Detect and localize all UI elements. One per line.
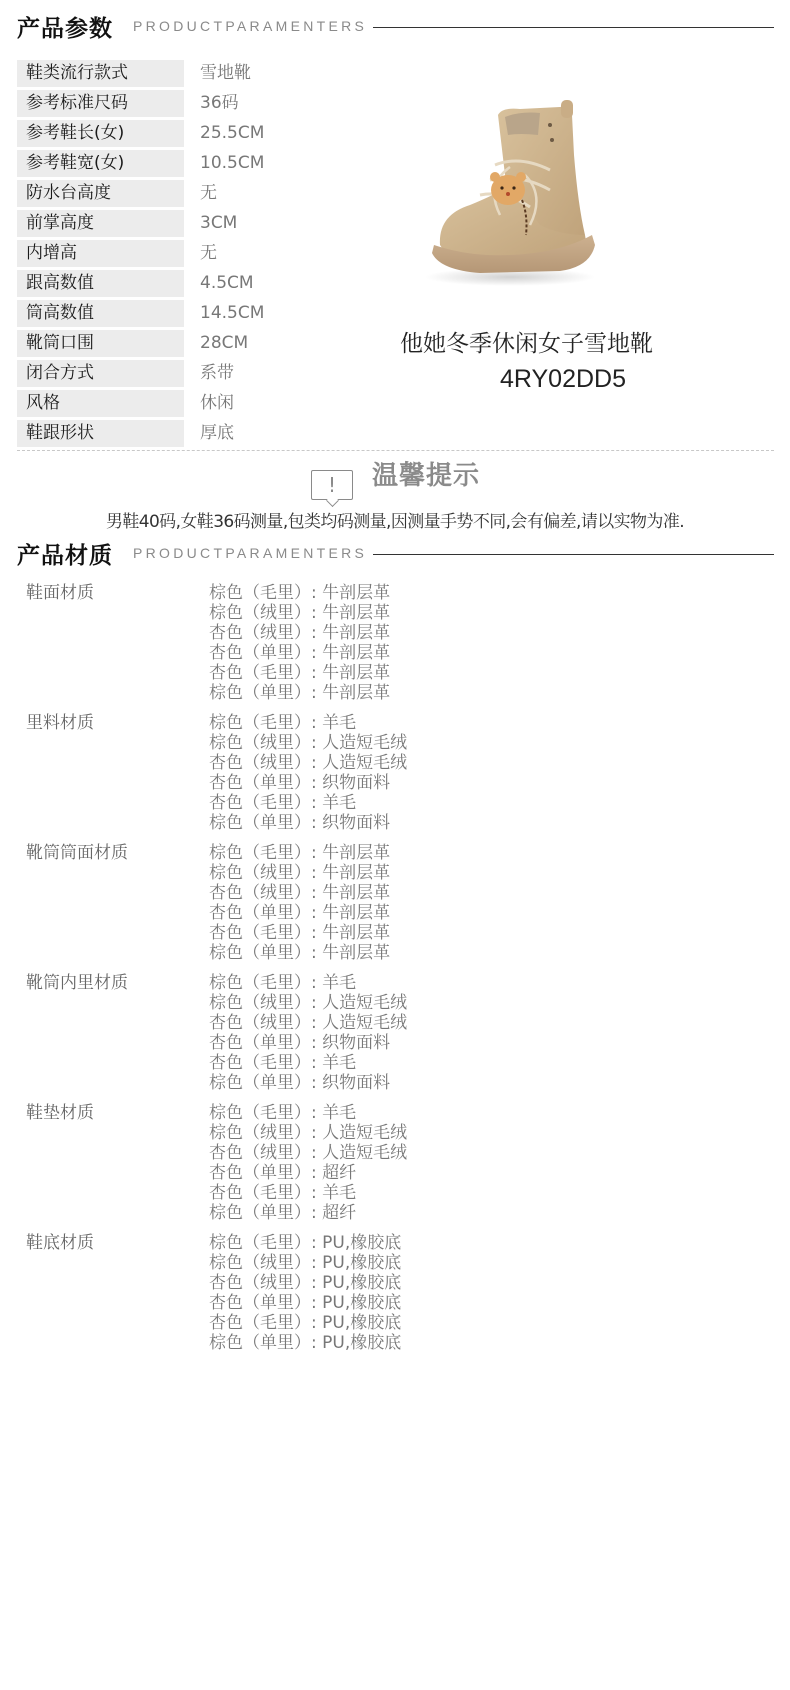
material-label: 里料材质: [26, 713, 209, 833]
material-group: 靴筒筒面材质 棕色（毛里）: 牛剖层革 棕色（绒里）: 牛剖层革 杏色（绒里）:…: [26, 843, 726, 963]
params-row: 前掌高度3CM: [17, 210, 317, 237]
param-label: 鞋跟形状: [17, 420, 184, 447]
param-label: 靴筒口围: [17, 330, 184, 357]
params-row: 风格休闲: [17, 390, 317, 417]
param-label: 鞋类流行款式: [17, 60, 184, 87]
param-label: 参考标准尺码: [17, 90, 184, 117]
material-line: 杏色（绒里）: 牛剖层革: [209, 883, 390, 903]
material-line: 棕色（绒里）: 牛剖层革: [209, 863, 390, 883]
material-line: 棕色（毛里）: 牛剖层革: [209, 583, 390, 603]
material-line: 棕色（绒里）: 人造短毛绒: [209, 993, 407, 1013]
material-line: 棕色（单里）: 织物面料: [209, 1073, 407, 1093]
material-line: 杏色（单里）: 织物面料: [209, 773, 407, 793]
material-label: 靴筒筒面材质: [26, 843, 209, 963]
param-value: 25.5CM: [200, 120, 264, 147]
dashed-divider: [17, 450, 774, 451]
material-label: 鞋垫材质: [26, 1103, 209, 1223]
params-row: 鞋类流行款式雪地靴: [17, 60, 317, 87]
material-line: 杏色（单里）: 超纤: [209, 1163, 407, 1183]
params-section-rule: [373, 27, 774, 28]
param-label: 参考鞋宽(女): [17, 150, 184, 177]
params-section-header: 产品参数 PRODUCTPARAMENTERS: [17, 6, 774, 46]
param-value: 休闲: [200, 390, 234, 417]
product-image: [410, 95, 610, 295]
params-table: 鞋类流行款式雪地靴 参考标准尺码36码 参考鞋长(女)25.5CM 参考鞋宽(女…: [17, 60, 317, 450]
params-row: 鞋跟形状厚底: [17, 420, 317, 447]
material-label: 靴筒内里材质: [26, 973, 209, 1093]
material-line: 杏色（绒里）: 人造短毛绒: [209, 753, 407, 773]
material-line: 棕色（绒里）: 人造短毛绒: [209, 733, 407, 753]
materials-section-rule: [373, 554, 774, 555]
params-section-subtitle: PRODUCTPARAMENTERS: [133, 18, 367, 34]
params-row: 筒高数值14.5CM: [17, 300, 317, 327]
params-row: 内增高无: [17, 240, 317, 267]
params-section-title: 产品参数: [17, 10, 113, 43]
material-values: 棕色（毛里）: 羊毛 棕色（绒里）: 人造短毛绒 杏色（绒里）: 人造短毛绒 杏…: [209, 713, 407, 833]
param-value: 14.5CM: [200, 300, 264, 327]
material-label: 鞋底材质: [26, 1233, 209, 1353]
params-row: 防水台高度无: [17, 180, 317, 207]
material-line: 杏色（毛里）: PU,橡胶底: [209, 1313, 401, 1333]
param-label: 参考鞋长(女): [17, 120, 184, 147]
param-value: 28CM: [200, 330, 248, 357]
material-line: 杏色（绒里）: PU,橡胶底: [209, 1273, 401, 1293]
param-value: 无: [200, 240, 217, 267]
material-values: 棕色（毛里）: 牛剖层革 棕色（绒里）: 牛剖层革 杏色（绒里）: 牛剖层革 杏…: [209, 843, 390, 963]
params-row: 闭合方式系带: [17, 360, 317, 387]
material-line: 杏色（绒里）: 人造短毛绒: [209, 1013, 407, 1033]
params-row: 参考鞋长(女)25.5CM: [17, 120, 317, 147]
material-line: 棕色（绒里）: PU,橡胶底: [209, 1253, 401, 1273]
material-group: 里料材质 棕色（毛里）: 羊毛 棕色（绒里）: 人造短毛绒 杏色（绒里）: 人造…: [26, 713, 726, 833]
materials-section-subtitle: PRODUCTPARAMENTERS: [133, 545, 367, 561]
material-line: 棕色（单里）: 牛剖层革: [209, 943, 390, 963]
material-values: 棕色（毛里）: 牛剖层革 棕色（绒里）: 牛剖层革 杏色（绒里）: 牛剖层革 杏…: [209, 583, 390, 703]
param-value: 无: [200, 180, 217, 207]
params-row: 参考标准尺码36码: [17, 90, 317, 117]
material-line: 杏色（单里）: PU,橡胶底: [209, 1293, 401, 1313]
materials-section-title: 产品材质: [17, 537, 113, 570]
material-label: 鞋面材质: [26, 583, 209, 703]
material-line: 棕色（单里）: 牛剖层革: [209, 683, 390, 703]
material-line: 棕色（毛里）: 羊毛: [209, 713, 407, 733]
material-line: 杏色（毛里）: 牛剖层革: [209, 923, 390, 943]
material-group: 鞋垫材质 棕色（毛里）: 羊毛 棕色（绒里）: 人造短毛绒 杏色（绒里）: 人造…: [26, 1103, 726, 1223]
param-value: 厚底: [200, 420, 234, 447]
material-values: 棕色（毛里）: 羊毛 棕色（绒里）: 人造短毛绒 杏色（绒里）: 人造短毛绒 杏…: [209, 973, 407, 1093]
tip-text: 男鞋40码,女鞋36码测量,包类均码测量,因测量手势不同,会有偏差,请以实物为准…: [0, 507, 790, 532]
boot-illustration: [410, 95, 610, 295]
material-values: 棕色（毛里）: 羊毛 棕色（绒里）: 人造短毛绒 杏色（绒里）: 人造短毛绒 杏…: [209, 1103, 407, 1223]
material-line: 杏色（绒里）: 人造短毛绒: [209, 1143, 407, 1163]
material-line: 杏色（单里）: 牛剖层革: [209, 903, 390, 923]
material-group: 鞋底材质 棕色（毛里）: PU,橡胶底 棕色（绒里）: PU,橡胶底 杏色（绒里…: [26, 1233, 726, 1353]
material-line: 棕色（毛里）: 羊毛: [209, 973, 407, 993]
material-line: 杏色（毛里）: 牛剖层革: [209, 663, 390, 683]
material-line: 杏色（毛里）: 羊毛: [209, 1183, 407, 1203]
material-group: 鞋面材质 棕色（毛里）: 牛剖层革 棕色（绒里）: 牛剖层革 杏色（绒里）: 牛…: [26, 583, 726, 703]
material-line: 棕色（毛里）: 牛剖层革: [209, 843, 390, 863]
param-label: 防水台高度: [17, 180, 184, 207]
param-value: 36码: [200, 90, 239, 117]
param-label: 闭合方式: [17, 360, 184, 387]
product-code: 4RY02DD5: [500, 365, 626, 394]
param-label: 风格: [17, 390, 184, 417]
product-name: 他她冬季休闲女子雪地靴: [400, 325, 653, 358]
param-value: 雪地靴: [200, 60, 251, 87]
param-value: 系带: [200, 360, 234, 387]
material-line: 棕色（绒里）: 牛剖层革: [209, 603, 390, 623]
material-values: 棕色（毛里）: PU,橡胶底 棕色（绒里）: PU,橡胶底 杏色（绒里）: PU…: [209, 1233, 401, 1353]
material-line: 杏色（单里）: 牛剖层革: [209, 643, 390, 663]
param-label: 跟高数值: [17, 270, 184, 297]
material-line: 棕色（单里）: 超纤: [209, 1203, 407, 1223]
params-row: 跟高数值4.5CM: [17, 270, 317, 297]
material-line: 棕色（绒里）: 人造短毛绒: [209, 1123, 407, 1143]
material-line: 杏色（毛里）: 羊毛: [209, 793, 407, 813]
material-line: 棕色（毛里）: PU,橡胶底: [209, 1233, 401, 1253]
materials-list: 鞋面材质 棕色（毛里）: 牛剖层革 棕色（绒里）: 牛剖层革 杏色（绒里）: 牛…: [26, 583, 726, 1363]
param-value: 3CM: [200, 210, 237, 237]
param-label: 前掌高度: [17, 210, 184, 237]
params-row: 参考鞋宽(女)10.5CM: [17, 150, 317, 177]
params-row: 靴筒口围28CM: [17, 330, 317, 357]
param-label: 筒高数值: [17, 300, 184, 327]
material-line: 棕色（毛里）: 羊毛: [209, 1103, 407, 1123]
material-group: 靴筒内里材质 棕色（毛里）: 羊毛 棕色（绒里）: 人造短毛绒 杏色（绒里）: …: [26, 973, 726, 1093]
param-value: 10.5CM: [200, 150, 264, 177]
material-line: 棕色（单里）: PU,橡胶底: [209, 1333, 401, 1353]
material-line: 杏色（绒里）: 牛剖层革: [209, 623, 390, 643]
tip-title: 温馨提示: [372, 455, 480, 492]
materials-section-header: 产品材质 PRODUCTPARAMENTERS: [17, 533, 774, 573]
material-line: 棕色（单里）: 织物面料: [209, 813, 407, 833]
param-label: 内增高: [17, 240, 184, 267]
param-value: 4.5CM: [200, 270, 254, 297]
material-line: 杏色（单里）: 织物面料: [209, 1033, 407, 1053]
material-line: 杏色（毛里）: 羊毛: [209, 1053, 407, 1073]
